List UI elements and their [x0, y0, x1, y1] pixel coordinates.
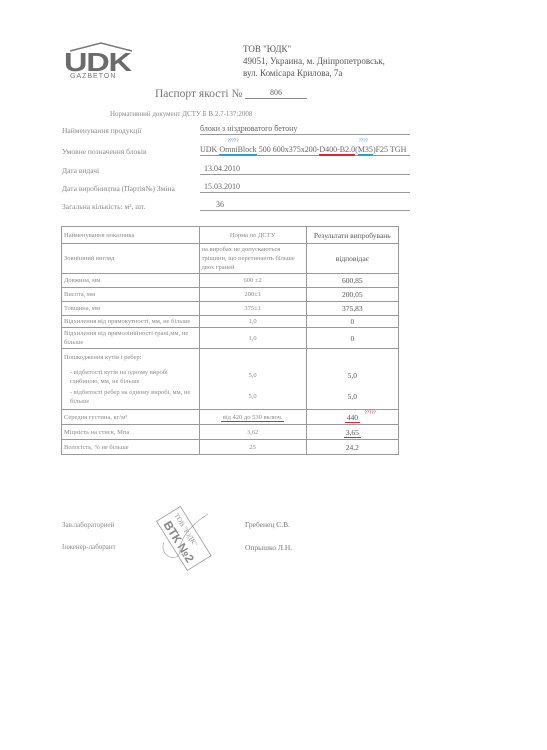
row-norm: на виробах не допускаються тріщини, що п… — [199, 244, 306, 274]
damage-result: 5,0 5,0 — [306, 349, 398, 410]
row-name: Довжина, мм — [62, 274, 200, 288]
row-norm: 1,0 — [199, 316, 306, 328]
damage-sub1: - відбитості кутів на одному виробі глиб… — [64, 368, 197, 386]
damage-sub2: - відбитості ребер на одному виробі, мм,… — [64, 388, 197, 406]
table-row: Відхилення від прямокутності, мм, не біл… — [62, 316, 399, 328]
company-logo: UDK GAZBETON — [62, 42, 140, 80]
damage-sub1-norm: 5,0 — [202, 371, 304, 380]
row-result: 0 — [306, 316, 398, 328]
row-result: 24,2 — [306, 440, 398, 455]
row-name: Вологість, % не більше — [62, 440, 200, 455]
row-name: Міцність на стиск, Мпа — [62, 425, 200, 440]
row-name: Зовнішний вигляд — [62, 244, 200, 274]
designation-part: )F25 TGH — [373, 145, 406, 154]
header-norm: Норма по ДСТУ — [199, 227, 306, 244]
damage-norm: 5,0 5,0 — [199, 349, 306, 410]
row-norm: 375±1 — [199, 302, 306, 316]
damage-sub2-result: 5,0 — [309, 392, 396, 401]
issue-date-value: 13.04.2010 — [200, 164, 410, 175]
question-mark-annotation: ????? — [365, 409, 376, 418]
product-value: блоки з ніздрюватого бетону — [200, 124, 410, 135]
row-result: відповідає — [306, 244, 398, 274]
table-row-density: Середня густина, кг/м³ від 420 до 530 вк… — [62, 410, 399, 425]
designation-part: OmniBlock — [219, 145, 256, 154]
table-row-strength: Міцність на стиск, Мпа 3,62 3,65 — [62, 425, 399, 440]
company-name: ТОВ "ЮДК" — [243, 43, 385, 55]
production-date-label: Дата виробництва (Партія№) Зміна — [62, 184, 175, 193]
logo-sub: GAZBETON — [70, 73, 116, 80]
row-result: 0 — [306, 328, 398, 349]
table-row: Довжина, мм 600 ±2 600,85 — [62, 274, 399, 288]
header-indicator: Найменування показника — [62, 227, 200, 244]
company-info: ТОВ "ЮДК" 49051, Украина, м. Дніпропетро… — [243, 43, 385, 79]
designation-density-class: D400-B2.0 — [319, 145, 355, 156]
designation-value: UDK ?????OmniBlock 500 600x375x200-D400-… — [200, 145, 410, 156]
row-norm: 200±1 — [199, 288, 306, 302]
row-result: 600,85 — [306, 274, 398, 288]
company-address-2: вул. Комісара Крилова, 7а — [243, 67, 385, 79]
designation-part: UDK — [200, 145, 219, 154]
designation-part: 500 600x375x200- — [257, 145, 320, 154]
row-name: Відхилення від прямокутності, мм, не біл… — [62, 316, 200, 328]
head-name: Гребенец С.В. — [245, 520, 290, 529]
table-header: Найменування показника Норма по ДСТУ Рез… — [62, 227, 399, 244]
engineer-name: Опрышко Л.Н. — [245, 543, 292, 552]
product-label: Найменування продукції — [62, 126, 141, 135]
question-mark-annotation: ???? — [359, 139, 368, 144]
row-name: Висота, мм — [62, 288, 200, 302]
production-date-value: 15.03.2010 — [200, 182, 410, 193]
row-norm: від 420 до 530 включ. — [199, 410, 306, 425]
passport-title: Паспорт якості № — [155, 88, 242, 100]
designation-omniblock: ?????OmniBlock — [219, 145, 256, 156]
quantity-label: Загальна кількість: м³, шт. — [62, 202, 146, 211]
table-row-damage: Пошкодження кутів і ребер: - відбитості … — [62, 349, 399, 410]
table-row: Товщина, мм 375±1 375,83 — [62, 302, 399, 316]
engineer-label: Інженер-лаборант — [62, 543, 116, 551]
damage-sub2-norm: 5,0 — [202, 392, 304, 401]
company-address-1: 49051, Украина, м. Дніпропетровськ, — [243, 55, 385, 67]
row-norm: 1,0 — [199, 328, 306, 349]
row-norm: 600 ±2 — [199, 274, 306, 288]
row-result: 200,05 — [306, 288, 398, 302]
row-result: 440????? — [306, 410, 398, 425]
header-result: Результати випробувань — [306, 227, 398, 244]
damage-sub1-result: 5,0 — [309, 371, 396, 380]
row-name: Відхилення від прямолінійності грані,мм,… — [62, 328, 200, 349]
table-row-moisture: Вологість, % не більше 25 24,2 — [62, 440, 399, 455]
damage-title: Пошкодження кутів і ребер: — [64, 353, 197, 362]
row-result: 375,83 — [306, 302, 398, 316]
passport-number: 806 — [245, 88, 307, 99]
designation-m35: ????M35 — [358, 145, 373, 156]
norm-document: Нормативний документ ДСТУ Б В.2.7-137:20… — [110, 110, 252, 118]
logo-brand: UDK — [64, 51, 131, 73]
strength-result: 3,65 — [344, 428, 361, 438]
table-row: Зовнішний вигляд на виробах не допускают… — [62, 244, 399, 274]
damage-name: Пошкодження кутів і ребер: - відбитості … — [62, 349, 200, 410]
head-label: Зав.лабораторией — [62, 521, 114, 529]
row-norm: 3,62 — [199, 425, 306, 440]
table-row: Висота, мм 200±1 200,05 — [62, 288, 399, 302]
designation-part: M35 — [358, 145, 373, 154]
quality-table: Найменування показника Норма по ДСТУ Рез… — [61, 226, 399, 455]
density-norm: від 420 до 530 включ. — [221, 414, 285, 422]
table-row: Відхилення від прямолінійності грані,мм,… — [62, 328, 399, 349]
quantity-value: 36 — [200, 200, 410, 211]
density-result: 440 — [345, 413, 360, 423]
row-name: Товщина, мм — [62, 302, 200, 316]
designation-label: Умовне позначення блоків — [62, 147, 147, 156]
row-result: 3,65 — [306, 425, 398, 440]
stamp-icon: ТОВ "ЮДК" ВТК №2 — [150, 502, 216, 576]
row-norm: 25 — [199, 440, 306, 455]
question-mark-annotation: ????? — [227, 139, 238, 144]
row-name: Середня густина, кг/м³ — [62, 410, 200, 425]
issue-date-label: Дата видачі — [62, 166, 99, 175]
